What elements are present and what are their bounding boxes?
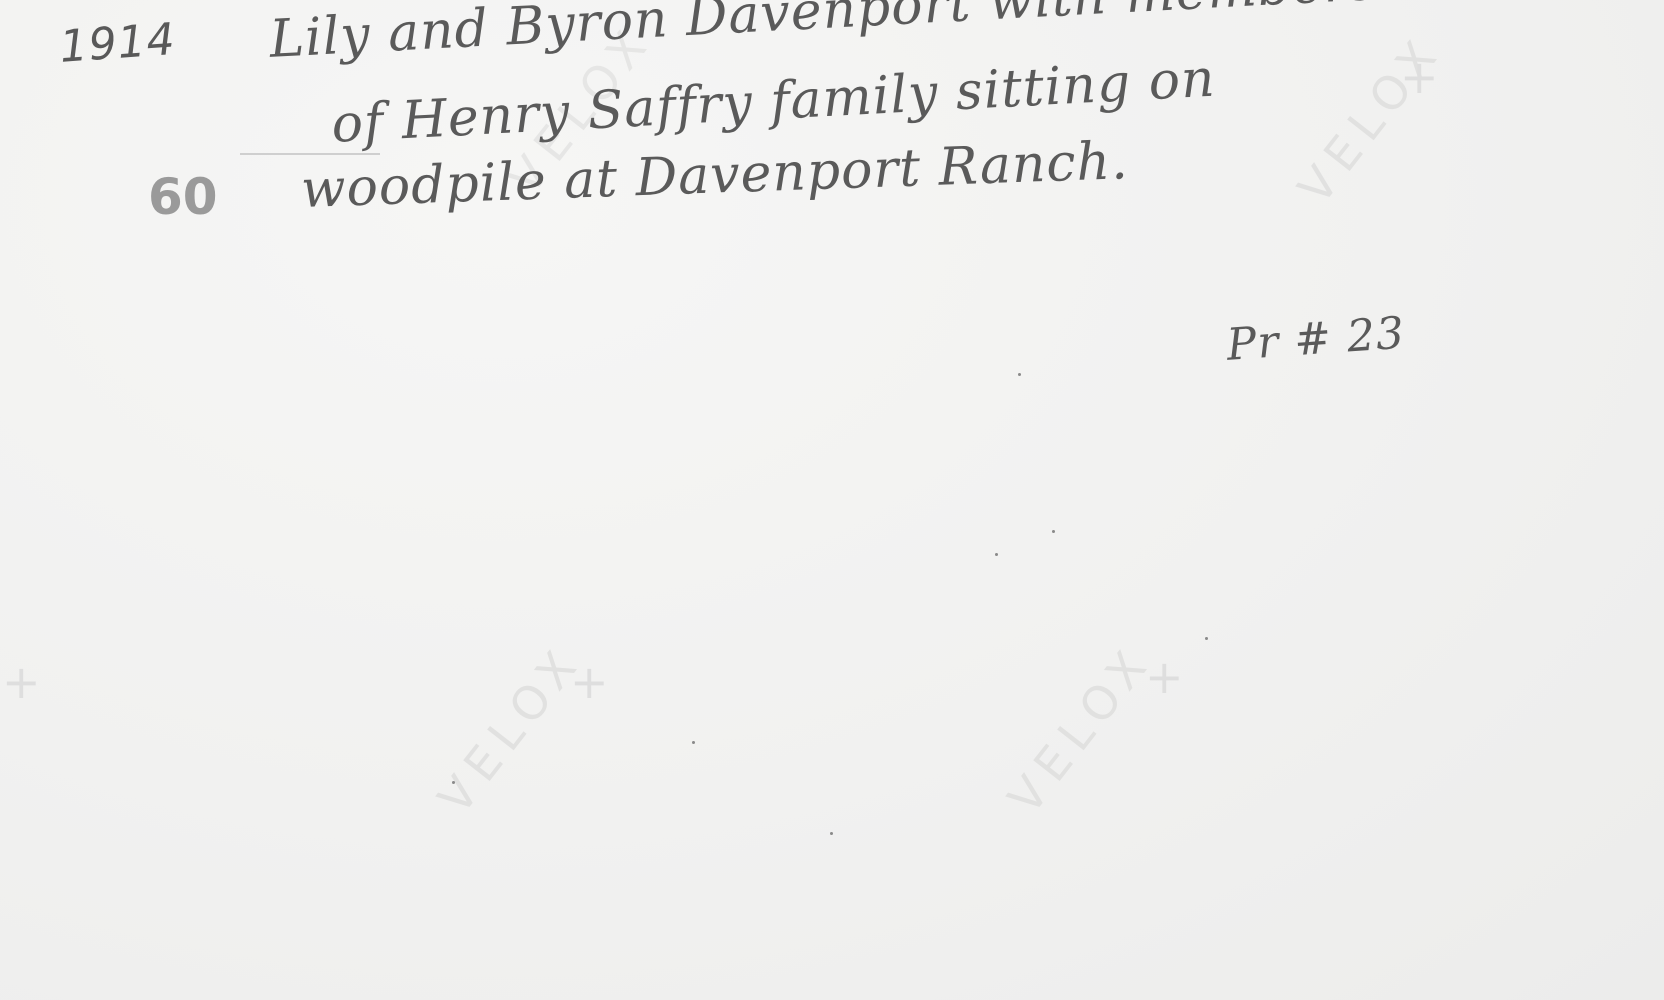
dust-speck	[1052, 530, 1055, 533]
dust-speck	[452, 781, 455, 784]
print-number: Pr # 23	[1225, 308, 1407, 371]
velox-watermark: VELOX	[997, 634, 1162, 824]
dust-speck	[830, 832, 833, 835]
photo-print-back: VELOX VELOX VELOX VELOX + + + + 1914 Lil…	[0, 0, 1664, 1000]
registration-mark: +	[1400, 50, 1439, 104]
dust-speck	[995, 553, 998, 556]
inscription-year: 1914	[58, 14, 177, 73]
registration-mark: +	[1145, 650, 1184, 704]
dust-speck	[692, 741, 695, 744]
registration-mark: +	[570, 655, 609, 709]
dust-speck	[1018, 373, 1021, 376]
dust-speck	[1205, 637, 1208, 640]
registration-mark: +	[2, 655, 41, 709]
velox-watermark: VELOX	[427, 634, 592, 824]
margin-number: 60	[148, 168, 218, 226]
